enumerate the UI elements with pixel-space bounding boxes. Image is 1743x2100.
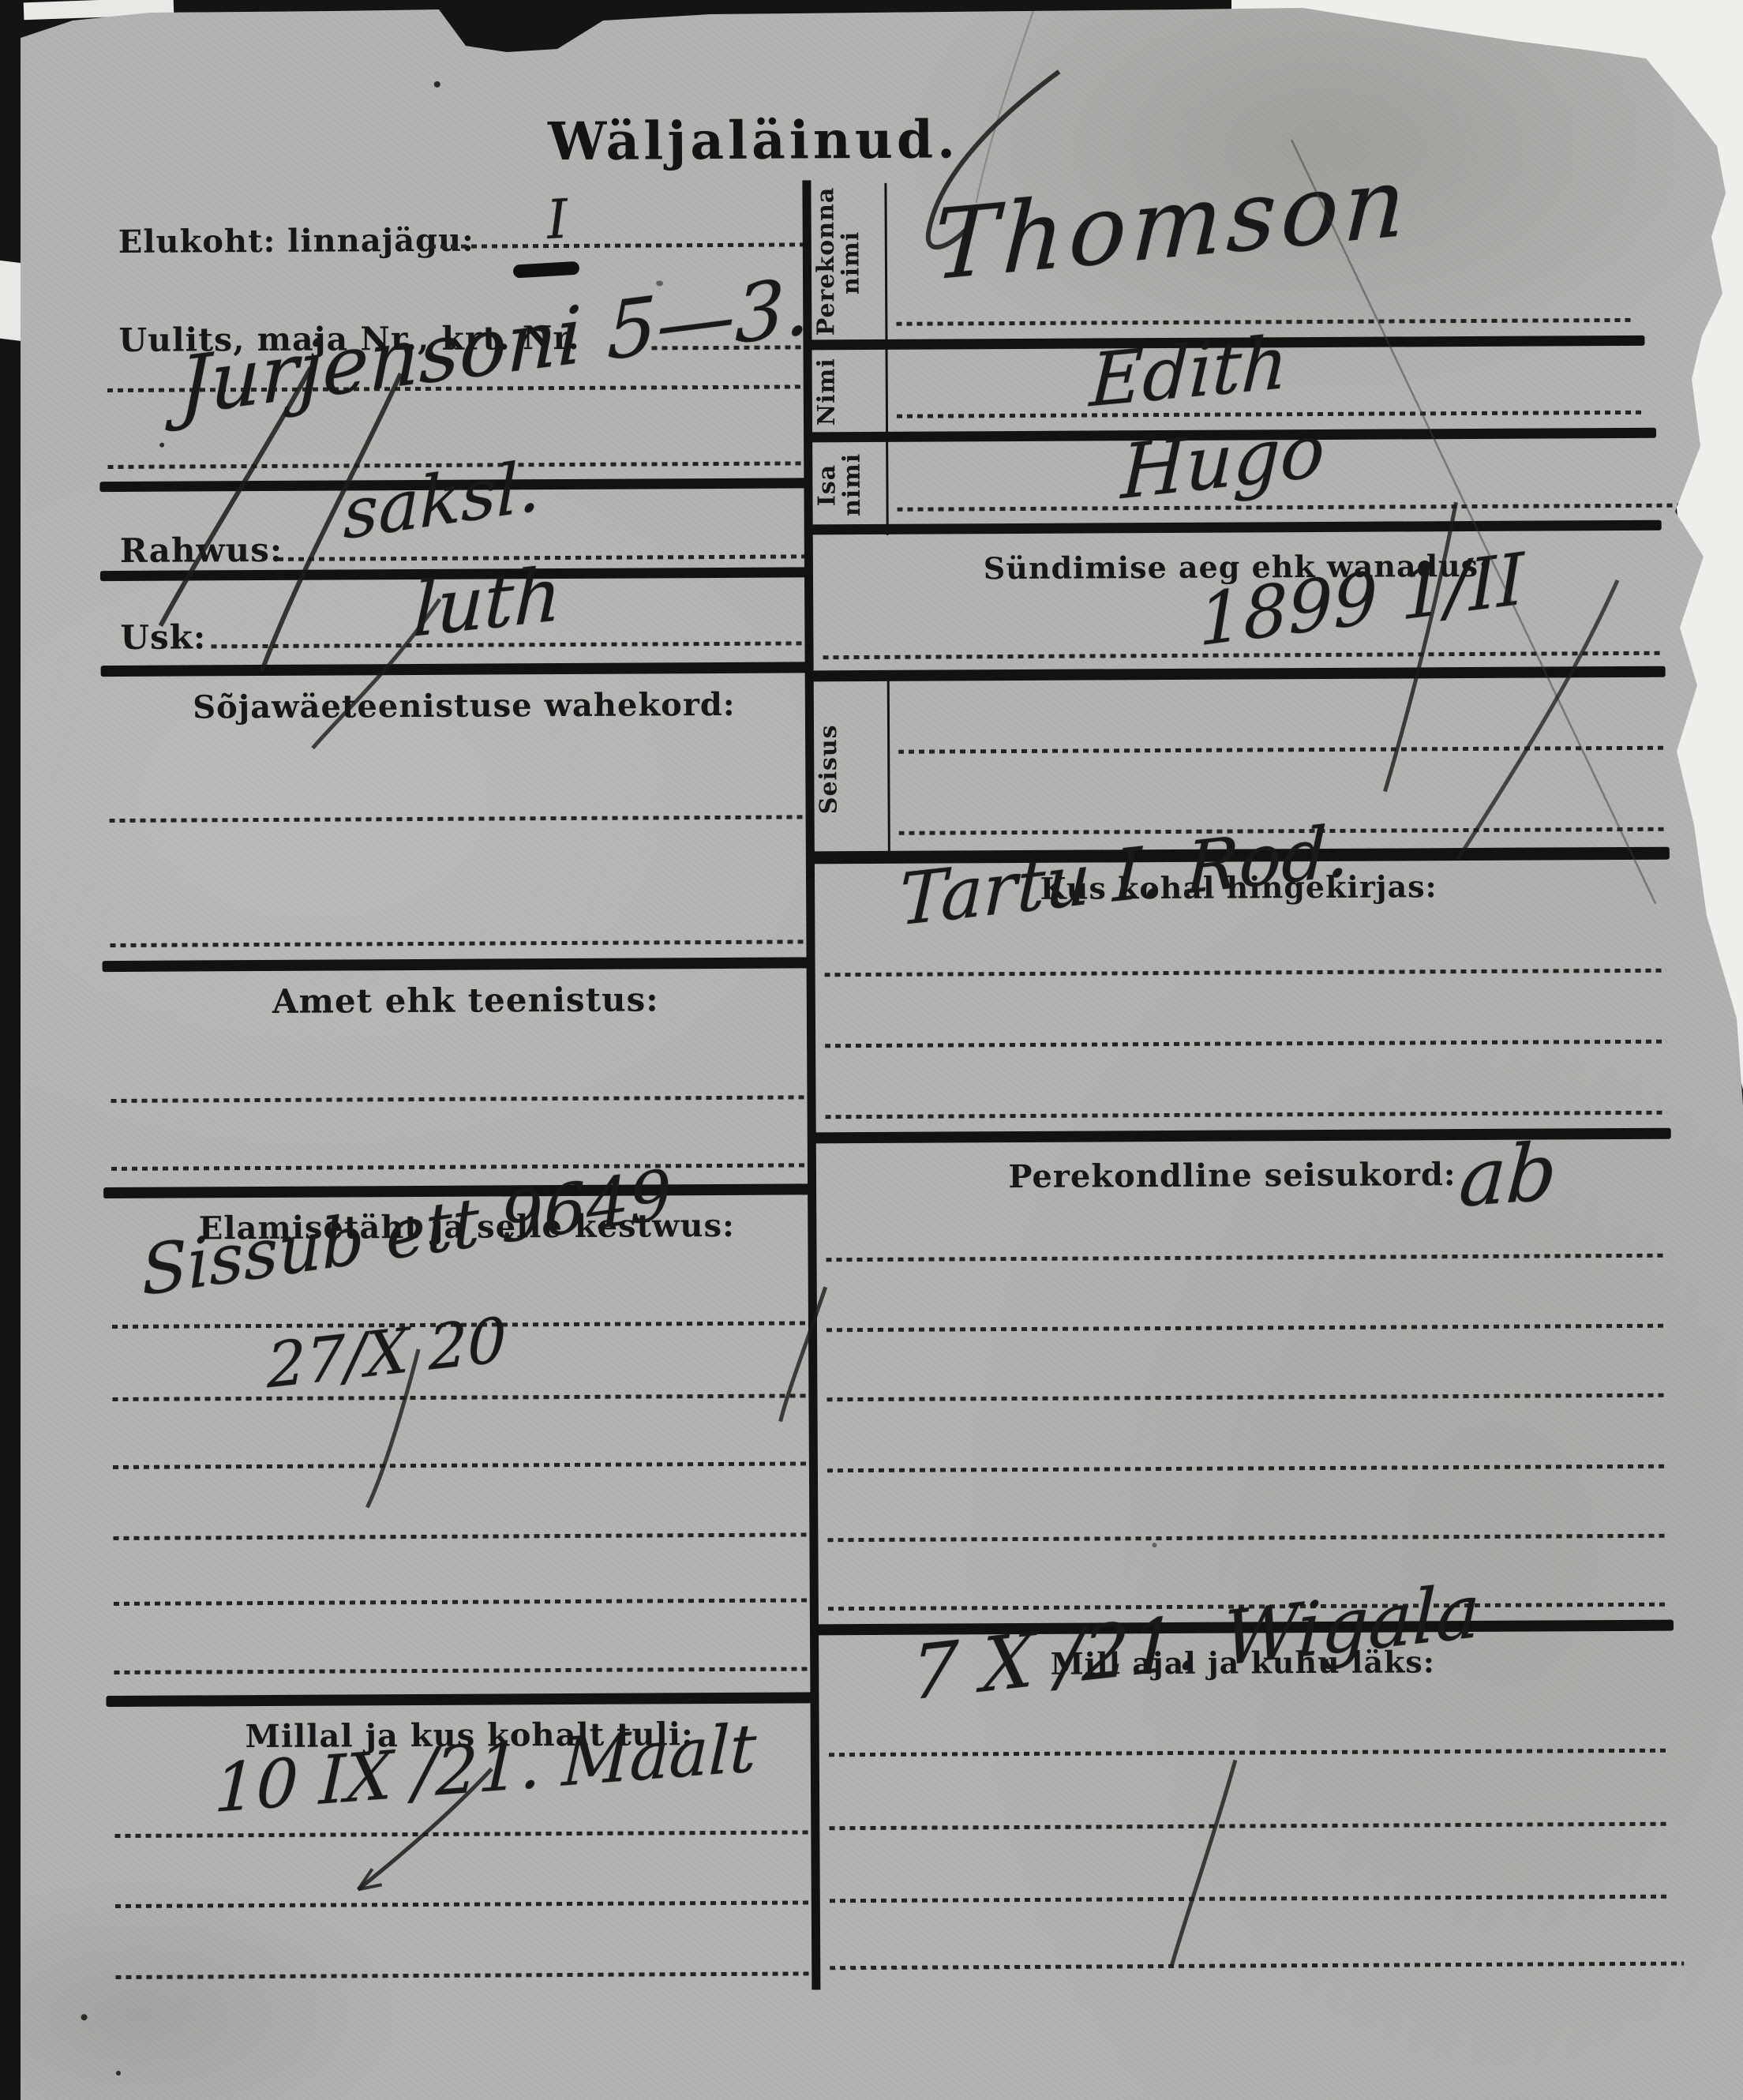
ink-speck (116, 2071, 121, 2076)
dotted-line (825, 969, 1666, 977)
form-title: Wäljaläinud. (548, 108, 958, 172)
form-paper: Wäljaläinud. Elukoht: linnajägu: Uulits,… (0, 0, 1743, 2100)
ink-speck (159, 443, 164, 448)
ink-speck (656, 280, 663, 286)
parish-register-entry: Tartu I. Rod. (898, 809, 1351, 943)
ink-speck (434, 81, 440, 88)
dotted-line (112, 1393, 815, 1401)
residence-permit-entry: Sissub ett 9649 (140, 1155, 673, 1311)
dotted-line (110, 815, 812, 823)
scanned-document: Wäljaläinud. Elukoht: linnajägu: Uulits,… (0, 0, 1743, 2100)
ink-speck (1152, 1543, 1156, 1547)
ink-dash-stroke (513, 261, 580, 279)
dotted-line (115, 1900, 818, 1908)
dotted-line (827, 1534, 1669, 1543)
dotted-line (430, 242, 809, 249)
separator-line (106, 1692, 818, 1707)
separator-line (103, 957, 815, 972)
dotted-line (110, 939, 812, 947)
city-district-entry: I (545, 189, 569, 252)
dotted-line (113, 1532, 815, 1540)
label-strip-line (884, 183, 888, 535)
dotted-line (827, 1464, 1669, 1473)
field-military-service-label: Sõjawäeteenistuse wahekord: (141, 686, 788, 726)
dotted-line (827, 1254, 1668, 1262)
dotted-line (830, 1962, 1684, 1971)
dotted-line (829, 1749, 1670, 1757)
nationality-entry: saksl. (343, 444, 540, 555)
father-name-entry: Hugo (1120, 407, 1326, 516)
dotted-line (114, 1598, 816, 1606)
field-status-label: Seisus (816, 685, 886, 853)
label-strip-line (887, 677, 890, 857)
field-nationality-label: Rahwus: (120, 531, 283, 570)
dotted-line (114, 1830, 817, 1838)
dotted-line (827, 1324, 1668, 1333)
field-father-name-label: Isa nimi (815, 441, 885, 529)
field-religion-label: Usk: (120, 617, 206, 657)
separator-line (101, 662, 813, 677)
dotted-line (826, 1111, 1667, 1119)
dotted-line (113, 1461, 815, 1469)
separator-line (812, 666, 1666, 682)
dotted-line (825, 1040, 1666, 1048)
dotted-line (830, 1895, 1671, 1903)
dotted-line (829, 1822, 1670, 1831)
departure-entry: 7 X /21. Wigala (910, 1568, 1482, 1718)
family-status-entry: ab (1456, 1125, 1560, 1225)
residence-permit-date-entry: 27/X 20 (267, 1305, 507, 1403)
religion-entry: luth (412, 551, 563, 654)
form-content: Wäljaläinud. Elukoht: linnajägu: Uulits,… (0, 0, 1743, 2100)
street-address-entry: Jurjensoni 5—3. (178, 259, 811, 433)
separator-line (811, 520, 1662, 535)
dotted-line (898, 503, 1728, 512)
field-surname-label: Perekonna nimi (813, 189, 883, 336)
field-firstname-label: Nimi (815, 354, 885, 429)
field-occupation-label: Amet ehk teenistus: (142, 980, 789, 1022)
surname-entry: Thomson (931, 145, 1413, 302)
firstname-entry: Edith (1088, 320, 1290, 423)
dotted-line (111, 1163, 814, 1171)
dotted-line (111, 1095, 813, 1103)
dotted-line (114, 1667, 816, 1674)
ink-speck (81, 2014, 88, 2020)
dotted-line (827, 1393, 1668, 1402)
field-residence-label: Elukoht: linnajägu: (118, 222, 474, 261)
dotted-line (115, 1971, 818, 1979)
dotted-line (898, 746, 1666, 754)
